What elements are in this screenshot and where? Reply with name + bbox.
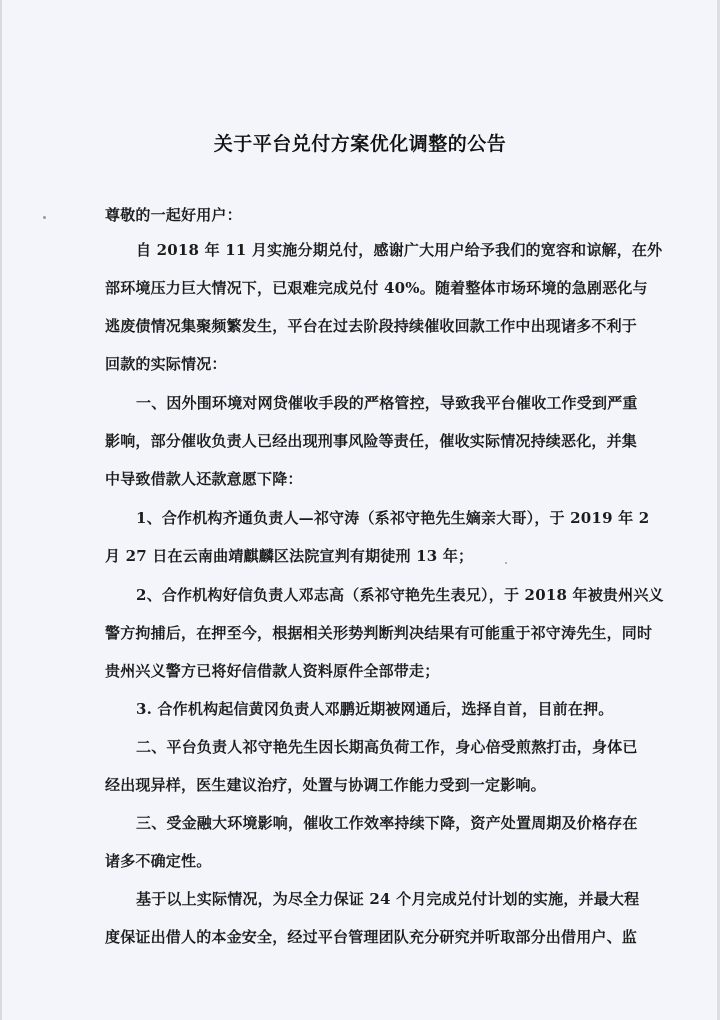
point-1-line-1: 一、因外围环境对网贷催收手段的严格管控，导致我平台催收工作受到严重 [136,393,638,413]
intro-line-1: 自 2018 年 11 月实施分期兑付，感谢广大用户给予我们的宽容和谅解，在外 [136,240,662,260]
document-title: 关于平台兑付方案优化调整的公告 [0,129,720,156]
point-2-line-2: 经出现异样，医生建议治疗，处置与协调工作能力受到一定影响。 [105,775,546,795]
point-1-2-line-1: 2、合作机构好信负责人邓志高（系祁守艳先生表兄），于 2018 年被贵州兴义 [136,585,664,605]
point-1-2-line-3: 贵州兴义警方已将好信借款人资料原件全部带走； [105,661,439,681]
point-1-3-line-1: 3. 合作机构起信黄冈负责人邓鹏近期被网通后，选择自首，目前在押。 [136,699,614,719]
scan-speck [628,402,630,404]
conclusion-line-1: 基于以上实际情况，为尽全力保证 24 个月完成兑付计划的实施，并最大程 [136,889,639,909]
intro-line-3: 逃废债情况集聚频繁发生，平台在过去阶段持续催收回款工作中出现诸多不利于 [105,316,637,336]
scan-speck [43,216,46,219]
point-1-line-2: 影响，部分催收负责人已经出现刑事风险等责任，催收实际情况持续恶化，并集 [105,431,637,451]
point-3-line-2: 诸多不确定性。 [105,851,211,871]
intro-line-4: 回款的实际情况： [105,354,227,374]
intro-line-2: 部环境压力巨大情况下，已艰难完成兑付 40%。随着整体市场环境的急剧恶化与 [105,278,648,298]
point-1-2-line-2: 警方拘捕后，在押至今，根据相关形势判断判决结果有可能重于祁守涛先生，同时 [105,623,652,643]
scan-speck [505,562,507,564]
point-1-line-3: 中导致借款人还款意愿下降： [105,469,303,489]
salutation: 尊敬的一起好用户： [105,205,242,225]
point-1-1-line-1: 1、合作机构齐通负责人—祁守涛（系祁守艳先生嫡亲大哥），于 2019 年 2 [136,508,649,528]
point-2-line-1: 二、平台负责人祁守艳先生因长期高负荷工作，身心倍受煎熬打击，身体已 [136,737,638,757]
conclusion-line-2: 度保证出借人的本金安全，经过平台管理团队充分研究并听取部分出借用户、监 [105,927,637,947]
scanned-document-page: 关于平台兑付方案优化调整的公告 尊敬的一起好用户： 自 2018 年 11 月实… [0,0,720,1020]
point-1-1-line-2: 月 27 日在云南曲靖麒麟区法院宣判有期徒刑 13 年； [105,546,473,566]
point-3-line-1: 三、受金融大环境影响，催收工作效率持续下降，资产处置周期及价格存在 [136,813,638,833]
